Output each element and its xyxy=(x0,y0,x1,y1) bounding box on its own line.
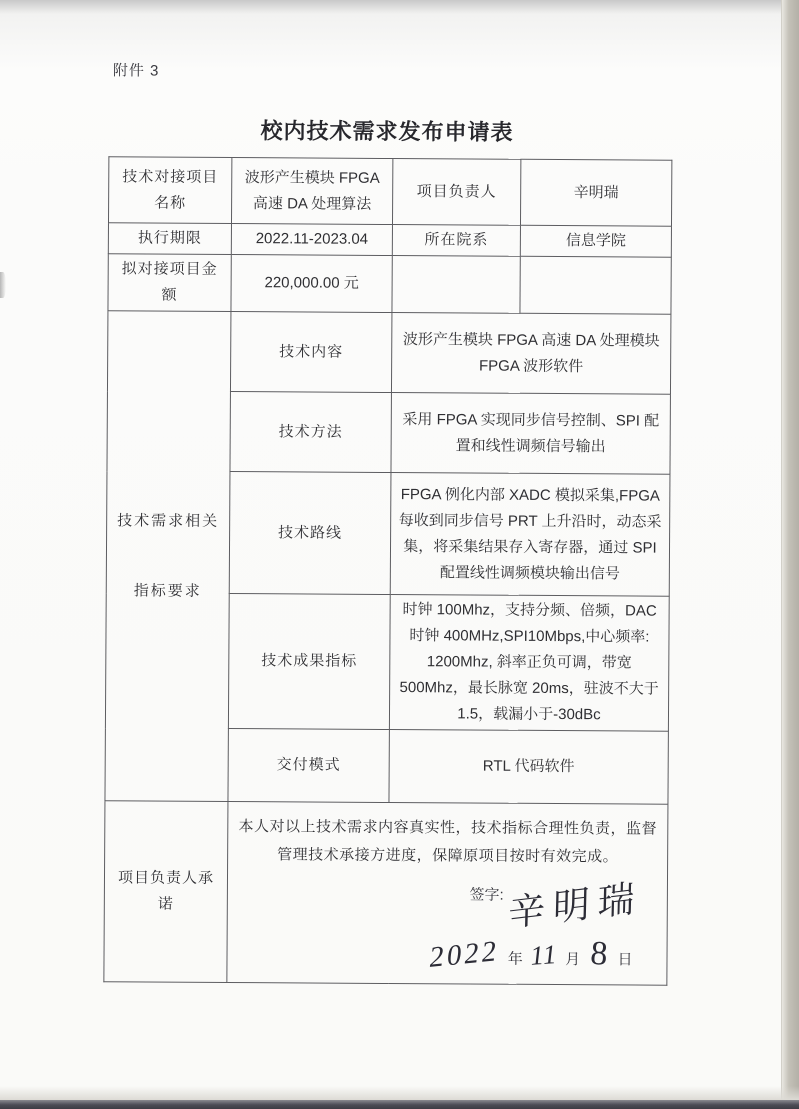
signature-label: 签字: xyxy=(469,886,503,903)
tech-achievement-value: 时钟 100Mhz，支持分频、倍频，DAC 时钟 400MHz,SPI10Mbp… xyxy=(389,595,669,732)
tech-method-value: 采用 FPGA 实现同步信号控制、SPI 配置和线性调频信号输出 xyxy=(391,393,670,475)
scan-smudge-artifact xyxy=(0,272,6,298)
tech-route-value: FPGA 例化内部 XADC 模拟采集,FPGA 每收到同步信号 PRT 上升沿… xyxy=(390,473,670,597)
table-row: 技术对接项目名称 波形产生模块 FPGA 高速 DA 处理算法 项目负责人 辛明… xyxy=(108,157,671,226)
handwritten-month: 11 xyxy=(530,941,559,969)
table-row: 项目负责人承诺 本人对以上技术需求内容真实性，技术指标合理性负责，监督管理技术承… xyxy=(104,801,668,985)
scanner-bottom-haze xyxy=(0,1086,799,1100)
handwritten-signature: 辛明瑞 xyxy=(508,879,643,935)
scanner-bottom-edge xyxy=(0,1100,799,1109)
tech-method-label: 技术方法 xyxy=(230,392,391,473)
project-amount-value: 220,000.00 元 xyxy=(231,255,392,313)
empty-cell xyxy=(392,256,520,314)
project-leader-value: 辛明瑞 xyxy=(520,159,671,226)
delivery-mode-label: 交付模式 xyxy=(228,729,389,803)
tech-achievement-label: 技术成果指标 xyxy=(228,594,390,730)
execution-period-label: 执行期限 xyxy=(108,223,231,255)
commitment-text: 本人对以上技术需求内容真实性，技术指标合理性负责，监督管理技术承接方进度，保障原… xyxy=(234,813,661,872)
group-label-line1: 技术需求相关 xyxy=(117,508,219,535)
project-amount-label: 拟对接项目金额 xyxy=(108,254,231,312)
signature-row: 签字: 辛明瑞 xyxy=(234,881,661,928)
group-label-line2: 指标要求 xyxy=(134,578,202,604)
year-unit: 年 xyxy=(508,951,523,968)
handwritten-day: 8 xyxy=(589,941,608,968)
attachment-label: 附件 3 xyxy=(113,59,160,80)
month-unit: 月 xyxy=(565,951,580,968)
project-name-label: 技术对接项目名称 xyxy=(108,157,231,224)
table-row: 执行期限 2022.11-2023.04 所在院系 信息学院 xyxy=(108,223,671,257)
day-unit: 日 xyxy=(617,951,632,968)
handwritten-year: 2022 xyxy=(428,938,501,971)
signature-date-row: 2022 年 11 月 8 日 xyxy=(233,939,660,974)
tech-requirement-group-label: 技术需求相关 指标要求 xyxy=(105,311,231,802)
execution-period-value: 2022.11-2023.04 xyxy=(231,224,392,256)
tech-content-label: 技术内容 xyxy=(230,312,391,393)
scanner-right-edge xyxy=(781,0,799,1109)
tech-content-value: 波形产生模块 FPGA 高速 DA 处理模块 FPGA 波形软件 xyxy=(391,313,670,395)
project-name-value: 波形产生模块 FPGA 高速 DA 处理算法 xyxy=(231,158,392,225)
tech-route-label: 技术路线 xyxy=(229,472,391,595)
commitment-cell: 本人对以上技术需求内容真实性，技术指标合理性负责，监督管理技术承接方进度，保障原… xyxy=(227,802,668,986)
table-row: 技术需求相关 指标要求 技术内容 波形产生模块 FPGA 高速 DA 处理模块 … xyxy=(107,311,670,394)
empty-cell xyxy=(520,256,671,314)
department-label: 所在院系 xyxy=(392,225,520,257)
department-value: 信息学院 xyxy=(520,225,671,257)
page-title: 校内技术需求发布申请表 xyxy=(106,113,667,147)
table-row: 拟对接项目金额 220,000.00 元 xyxy=(108,254,671,314)
commitment-label: 项目负责人承诺 xyxy=(104,801,228,983)
project-leader-label: 项目负责人 xyxy=(392,159,520,226)
scanned-form-sheet: 附件 3 校内技术需求发布申请表 技术对接项目名称 波形产生模块 FPGA 高速… xyxy=(0,0,799,1109)
delivery-mode-value: RTL 代码软件 xyxy=(389,729,668,804)
application-form-table: 技术对接项目名称 波形产生模块 FPGA 高速 DA 处理算法 项目负责人 辛明… xyxy=(103,156,672,985)
